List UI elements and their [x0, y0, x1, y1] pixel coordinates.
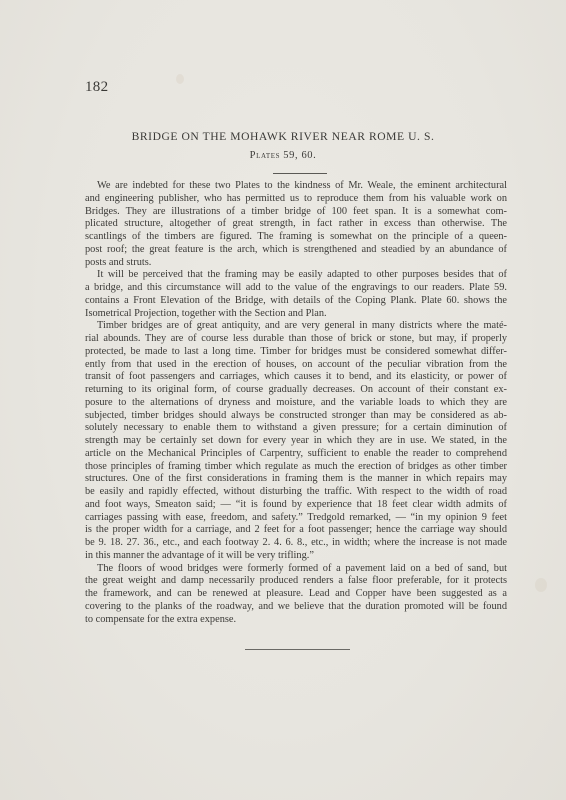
text-line: and engineering publisher, who has permi…	[85, 193, 507, 206]
text-line: a bridge, and this circumstance will add…	[85, 282, 507, 295]
text-line: in this manner the advantage of it will …	[85, 550, 507, 563]
text-line: the framework, and can be renewed at ple…	[85, 588, 507, 601]
paragraph: We are indebted for these two Plates to …	[85, 180, 507, 269]
text-line: be 9. 18. 27. 36., etc., and each footwa…	[85, 537, 507, 550]
text-line: solutely necessary to enable them to wit…	[85, 422, 507, 435]
text-line: is the proper width for a carriage, and …	[85, 524, 507, 537]
text-line: the great weight and damp necessarily pr…	[85, 575, 507, 588]
text-line: returning to its original form, of cours…	[85, 384, 507, 397]
text-line: and foot ways, Smeaton said; — “it is fo…	[85, 499, 507, 512]
text-line: be easily and rapidly effected, without …	[85, 486, 507, 499]
paragraph: Timber bridges are of great antiquity, a…	[85, 320, 507, 562]
text-line: Timber bridges are of great antiquity, a…	[85, 320, 507, 333]
text-line: to compensate for the extra expense.	[85, 614, 507, 627]
text-line: rial abounds. They are of course less du…	[85, 333, 507, 346]
text-line: carriages passing with ease, freedom, an…	[85, 512, 507, 525]
text-line: posts and struts.	[85, 257, 507, 270]
text-line: plicated structure, altogether of great …	[85, 218, 507, 231]
text-line: scantlings of the timbers are figured. T…	[85, 231, 507, 244]
article-subtitle: Plates 59, 60.	[0, 150, 566, 161]
text-line: We are indebted for these two Plates to …	[85, 180, 507, 193]
text-line: transit of foot passengers and carriages…	[85, 371, 507, 384]
text-line: Bridges. They are illustrations of a tim…	[85, 206, 507, 219]
text-line: article on the Mechanical Principles of …	[85, 448, 507, 461]
text-line: ently from that used in the erection of …	[85, 359, 507, 372]
text-line: It will be perceived that the framing ma…	[85, 269, 507, 282]
end-divider	[245, 649, 350, 650]
text-line: protected, be made to last a long time. …	[85, 346, 507, 359]
article-title: BRIDGE ON THE MOHAWK RIVER NEAR ROME U. …	[0, 130, 566, 143]
text-line: Isometrical Projection, together with th…	[85, 308, 507, 321]
text-line: structures. One of the first considerati…	[85, 473, 507, 486]
paragraph: The floors of wood bridges were formerly…	[85, 563, 507, 627]
text-line: post roof; the great feature is the arch…	[85, 244, 507, 257]
text-line: those principles of framing timber which…	[85, 461, 507, 474]
text-line: covering to the planks of the roadway, a…	[85, 601, 507, 614]
paragraph: It will be perceived that the framing ma…	[85, 269, 507, 320]
paper-stain	[535, 578, 547, 592]
page-number: 182	[85, 79, 108, 96]
paper-stain	[176, 74, 184, 84]
text-line: contains a Front Elevation of the Bridge…	[85, 295, 507, 308]
article-body: We are indebted for these two Plates to …	[85, 180, 507, 626]
text-line: The floors of wood bridges were formerly…	[85, 563, 507, 576]
text-line: posure to the alternations of dryness an…	[85, 397, 507, 410]
text-line: subjected, timber bridges should always …	[85, 410, 507, 423]
text-line: strength may be certainly set down for e…	[85, 435, 507, 448]
title-divider	[273, 173, 327, 174]
book-page: 182 BRIDGE ON THE MOHAWK RIVER NEAR ROME…	[0, 0, 566, 800]
